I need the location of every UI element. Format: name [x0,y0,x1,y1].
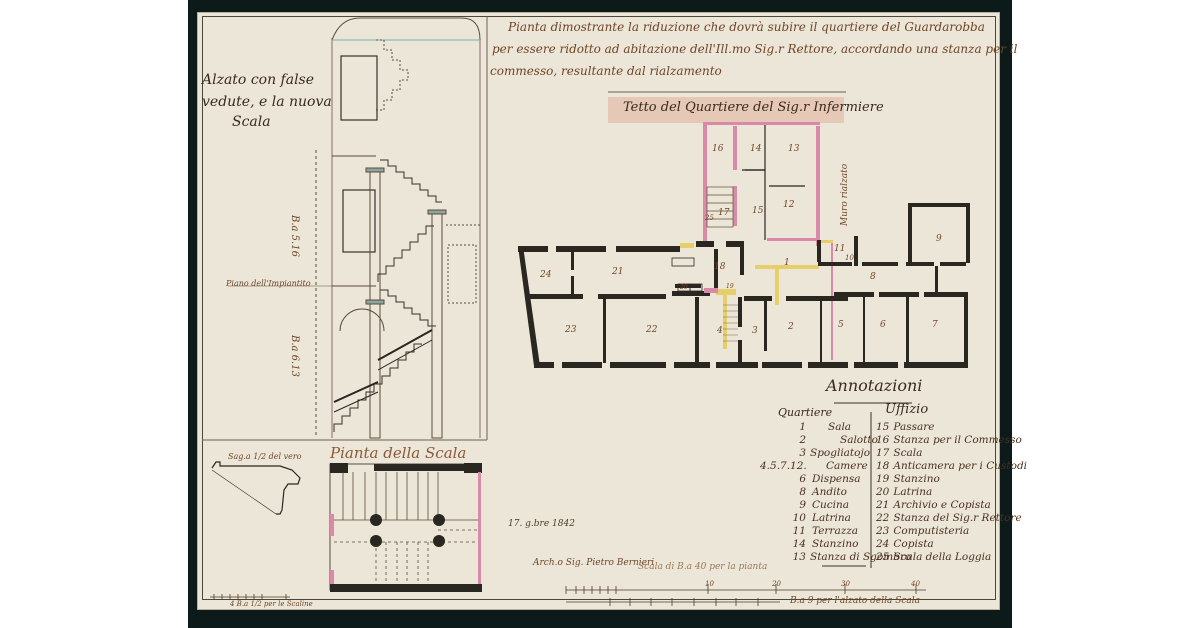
legend-item: 10Latrina [780,512,851,524]
legend-item: 19Stanzino [876,473,940,485]
room-number: 9 [936,234,942,244]
legend-item: 18Anticamera per i Custodi [876,460,1027,472]
room-number: 15 [752,206,763,216]
room-number: 2 [788,322,794,332]
title-line-2: per essere ridotto ad abitazione dell'Il… [492,42,1017,56]
date-label: 17. g.bre 1842 [508,519,575,529]
elevation-title-line-1: Alzato con false [202,72,314,88]
title-line-3: commesso, resultante dal rialzamento [490,64,722,78]
scale-tick-20: 20 [772,580,781,588]
legend-item: 20Latrina [876,486,932,498]
scale-tick-10: 10 [705,580,714,588]
legend-item: 22Stanza del Sig.r Rettore [876,512,1022,524]
plan-scale-label: Scala di B.a 40 per la pianta [638,562,767,572]
signature: Arch.o Sig. Pietro Bernieri [533,558,654,568]
room-number: 14 [750,144,761,154]
legend-item: 24Copista [876,538,934,550]
legend-item: 4.5.7.12.Camere [760,460,868,472]
room-number: 5 [838,320,844,330]
legend-item: 1Sala [780,421,851,433]
legend-item: 9Cucina [780,499,849,511]
room-number: 18 [714,262,725,272]
scale-tick-30: 30 [841,580,850,588]
scale-tick-40: 40 [911,580,920,588]
room-number: 6 [880,320,886,330]
title-line-1: Pianta dimostrante la riduzione che dovr… [508,20,985,34]
height-upper-label: B.a 5.16 [289,215,300,257]
room-number: 11 [834,244,845,254]
room-number: 7 [932,320,938,330]
legend-item: 15Passare [876,421,935,433]
room-number: 1 [784,258,790,268]
drawing-graphics [0,0,1200,628]
legend-item: 6Dispensa [780,473,861,485]
floor-level-label: Piano dell'Impiantito [226,279,311,288]
roof-label: Tetto del Quartiere del Sig.r Infermiere [623,100,884,115]
legend-item: 11Terrazza [780,525,858,537]
room-number: 23 [565,325,576,335]
left-scale-label: 4 B.a 1/2 per le Scaline [230,600,313,608]
height-lower-label: B.a 6.13 [289,335,300,377]
room-number: 25 [705,214,714,222]
floor-plan-drawing [518,122,970,368]
room-number: 4 [717,326,723,336]
stair-plan-drawing [330,463,482,592]
room-number: 17 [718,208,729,218]
room-number: 24 [540,270,551,280]
room-number: 13 [788,144,799,154]
elevation-title-line-3: Scala [232,114,271,130]
legend-col-uffizio: Uffizio [885,402,928,417]
legend-item: 14Stanzino [780,538,858,550]
elevation-title-line-2: vedute, e la nuova [202,94,332,110]
legend-item: 17Scala [876,447,922,459]
room-number: 3 [752,326,758,336]
room-number: 10 [845,254,854,262]
room-number: 21 [612,267,623,277]
wall-raised-label: Muro rialzato [840,164,850,226]
legend-item: 25Scala della Loggia [876,551,991,563]
stair-scale-label: B.a 9 per l'alzato della Scala [790,596,920,606]
room-number: 20 [680,284,688,291]
legend-item: 16Stanza per il Commesso [876,434,1022,446]
room-number: 22 [646,325,657,335]
stair-plan-title: Pianta della Scala [330,444,466,462]
room-number: 16 [712,144,723,154]
legend-item: 8Andito [780,486,847,498]
legend-item: 21Archivio e Copista [876,499,991,511]
profile-label: Sag.a 1/2 del vero [228,452,302,461]
legend-item: 2Salotto [780,434,878,446]
legend-item: 23Computisteria [876,525,969,537]
room-number: 8 [870,272,876,282]
cornice-profile [212,462,300,514]
legend-col-quartiere: Quartiere [778,406,832,419]
room-number: 12 [783,200,794,210]
legend-item: 3Spogliatojo [780,447,870,459]
room-number: 19 [726,283,734,290]
legend-heading: Annotazioni [826,376,922,395]
